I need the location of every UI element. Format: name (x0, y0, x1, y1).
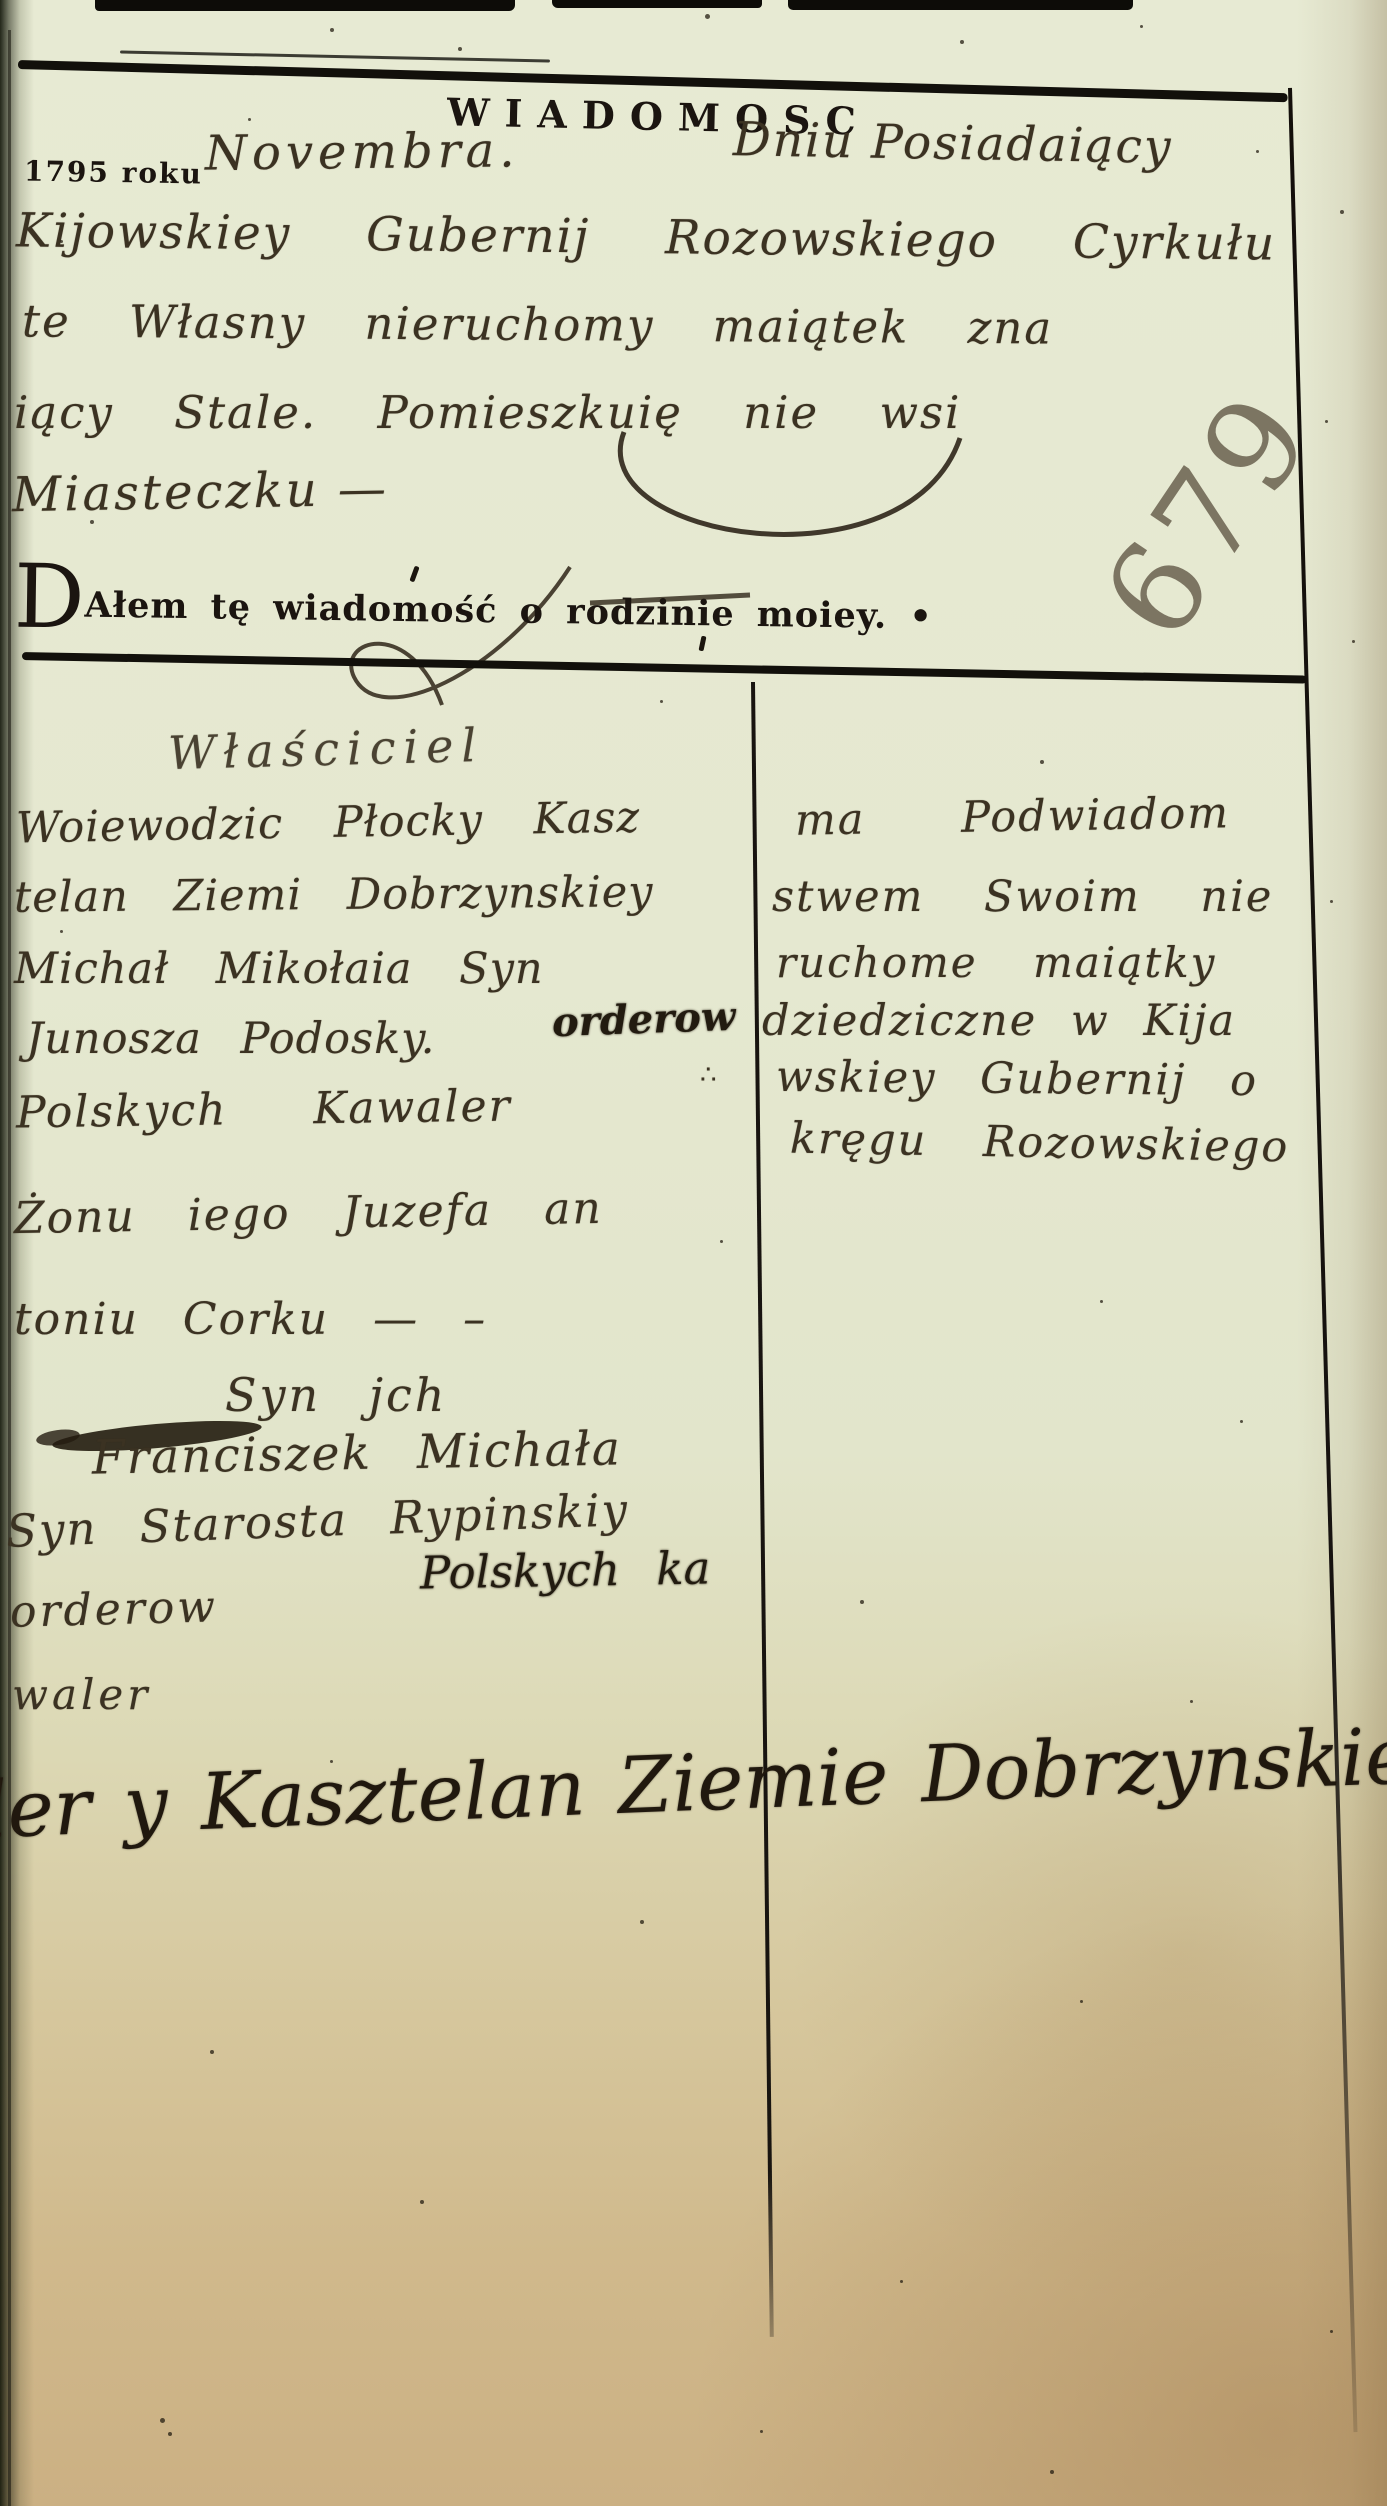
paper-fleck (1140, 25, 1143, 28)
paper-fleck (640, 1920, 644, 1924)
handwriting-line: Żonu iego Juzefa an (14, 1187, 603, 1241)
scanned-document-page: WIADOMOSC 1795 roku Novembra. Dniu Posia… (0, 0, 1387, 2506)
paper-fleck (180, 1510, 183, 1513)
handwriting-line: Junosza Podosky. (26, 1018, 435, 1061)
paper-fleck (1240, 1420, 1243, 1423)
paper-fleck (330, 28, 334, 32)
paper-fleck (720, 1240, 723, 1243)
paper-fleck (705, 14, 710, 19)
dropcap: D (14, 562, 86, 633)
paper-fleck (1100, 1300, 1103, 1303)
paper-fleck (1080, 2000, 1083, 2003)
paper-fleck (1340, 210, 1344, 214)
handwriting-line: Syn jch (225, 1372, 447, 1418)
signature-line: ler y Kasztelan Ziemie Dobrzynskiey — (0, 1712, 1387, 1851)
handwriting-line: orderow (9, 1585, 218, 1634)
handwriting-line: ruchome maiątky (776, 942, 1216, 984)
handwriting-word-smudged: orderow (551, 997, 736, 1043)
handwriting-line: Kijowskiey Gubernij Rozowskiego Cyrkułu (16, 207, 1277, 267)
handwriting-word-smudged: Polskych ka (420, 1545, 711, 1595)
paper-fleck (1325, 420, 1328, 423)
printed-statement-text: Ałem tę wiadomość o rodzinie moiey. • (84, 585, 933, 645)
handwriting-line: Polskych Kawaler (16, 1085, 512, 1136)
paper-fleck (160, 2418, 165, 2423)
paper-fleck (660, 700, 663, 703)
paper-fleck (330, 1760, 333, 1763)
handwriting-line: Woiewodzic Płocky Kasz (16, 797, 641, 851)
paper-fleck (168, 2432, 172, 2436)
handwriting-line: Miasteczku — (12, 465, 390, 520)
paper-fleck (1190, 1700, 1193, 1703)
handwriting-line: dziedziczne w Kija (762, 1000, 1236, 1043)
column-divider-line (751, 682, 774, 2337)
top-border-rule-double (120, 50, 550, 62)
paper-fleck (420, 2200, 424, 2204)
printed-statement: D Ałem tę wiadomość o rodzinie moiey. • (14, 562, 934, 645)
paper-fleck (1040, 760, 1044, 764)
left-column-heading: Właściciel (167, 722, 484, 776)
handwriting-month: Novembra. (205, 126, 520, 177)
handwriting-line: kręgu Rozowskiego (790, 1118, 1290, 1170)
paper-fleck (458, 47, 462, 51)
paper-fleck (760, 2430, 763, 2433)
handwriting-line: ma Podwiadom (795, 792, 1231, 843)
handwriting-line: toniu Corku — – (14, 1298, 487, 1342)
handwriting-line: stwem Swoim nie (772, 876, 1273, 919)
paper-fleck (1330, 2330, 1333, 2333)
paper-fleck (90, 520, 94, 524)
handwriting-line: te Własny nieruchomy maiątek zna (22, 298, 1053, 350)
handwriting-intro-right: Dniu Posiadaiący (733, 116, 1173, 171)
paper-fleck (1050, 2470, 1054, 2474)
paper-fleck (900, 2280, 903, 2283)
top-edge-mark (788, 0, 1133, 10)
paper-fleck (1256, 150, 1259, 153)
paper-fleck (60, 930, 63, 933)
marginal-dots: ∴ (700, 1062, 717, 1088)
printed-year-label: 1795 roku (24, 154, 203, 190)
paper-fleck (860, 1600, 864, 1604)
paper-fleck (1330, 900, 1333, 903)
top-edge-mark (95, 0, 515, 11)
left-border-line (8, 30, 11, 2506)
handwriting-line: wskiey Gubernij o (776, 1056, 1258, 1103)
handwriting-line: telan Ziemi Dobrzynskiey (14, 871, 654, 920)
paper-fleck (960, 40, 964, 44)
handwriting-line: Franciszek Michała (92, 1425, 623, 1481)
paper-fleck (248, 118, 251, 121)
paper-fleck (60, 240, 63, 243)
top-edge-mark (552, 0, 762, 8)
paper-fleck (210, 2050, 214, 2054)
paper-fleck (1352, 640, 1355, 643)
handwriting-line: Michał Mikołaia Syn (14, 948, 544, 991)
handwriting-line: waler (12, 1674, 151, 1716)
